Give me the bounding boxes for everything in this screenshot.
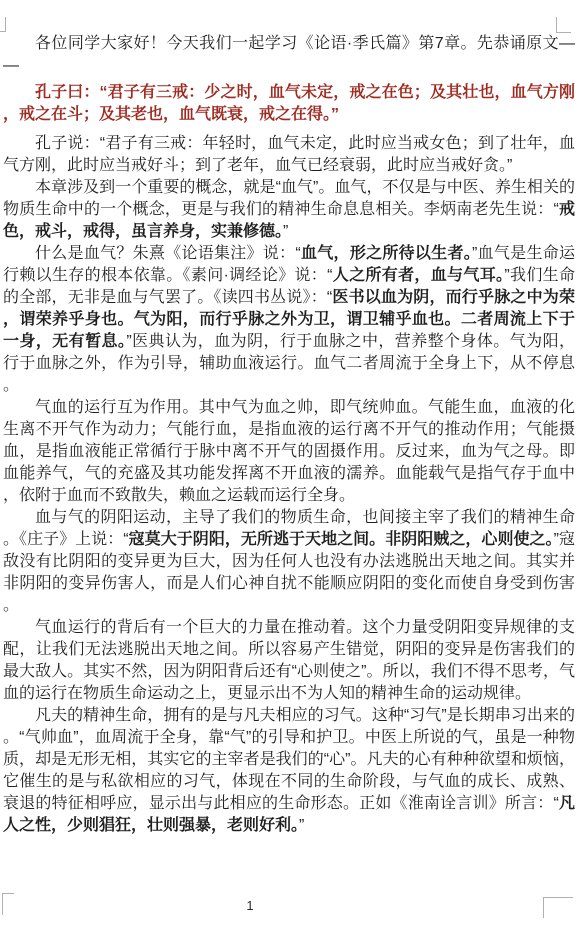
paragraph-hidden-force: 气血运行的背后有一个巨大的力量在推动着。这个力量受阴阳变异规律的支配，让我们无法…	[3, 617, 575, 705]
text-boundary-mark-top-right	[556, 17, 571, 33]
text-boundary-mark-top-left	[0, 17, 6, 32]
text-run: 什么是血气？朱熹《论语集注》说：“	[35, 245, 301, 262]
paragraph-concept-xueqi: 本章涉及到一个重要的概念，就是“血气”。血气，不仅是与中医、养生相关的物质生命中…	[3, 177, 575, 243]
page-number: 1	[0, 898, 500, 913]
text-run: 孔子说：“君子有三戒：年轻时，血气未定，此时应当戒女色；到了壮年，血气方刚，此时…	[3, 135, 575, 174]
text-boundary-mark-bottom-right	[543, 897, 573, 918]
text-run: ”	[283, 223, 288, 240]
quote-emphasis: 孔子曰：“君子有三戒：少之时，血气未定，戒之在色；及其壮也，血气方刚，戒之在斗；…	[3, 84, 575, 123]
paragraph-translation: 孔子说：“君子有三戒：年轻时，血气未定，此时应当戒女色；到了壮年，血气方刚，此时…	[3, 133, 575, 177]
paragraph-original-text: 孔子曰：“君子有三戒：少之时，血气未定，戒之在色；及其壮也，血气方刚，戒之在斗；…	[3, 82, 575, 126]
paragraph-what-is-xueqi: 什么是血气？朱熹《论语集注》说：“血气，形之所待以生者。”血气是生命运行赖以生存…	[3, 243, 575, 397]
quote-emphasis: 寇莫大于阴阳，无所逃于天地之间。非阴阳贼之，心则使之。	[129, 531, 554, 548]
quote-emphasis: 血气，形之所待以生者。	[301, 245, 472, 262]
paragraph-greeting: 各位同学大家好！今天我们一起学习《论语·季氏篇》第7章。先恭诵原文——	[3, 33, 575, 77]
document-body: 各位同学大家好！今天我们一起学习《论语·季氏篇》第7章。先恭诵原文——孔子曰：“…	[3, 33, 575, 837]
paragraph-qi-blood-interaction: 气血的运行互为作用。其中气为血之帅，即气统帅血。气能生血，血液的化生离不开气作为…	[3, 397, 575, 507]
document-page: 各位同学大家好！今天我们一起学习《论语·季氏篇》第7章。先恭诵原文——孔子曰：“…	[0, 0, 580, 925]
text-run: ”	[299, 817, 304, 834]
paragraph-ordinary-mind: 凡夫的精神生命，拥有的是与凡夫相应的习气。这种“习气”是长期串习出来的。“气帅血…	[3, 705, 575, 837]
text-run: 气血运行的背后有一个巨大的力量在推动着。这个力量受阴阳变异规律的支配，让我们无法…	[3, 619, 575, 702]
paragraph-yinyang-movement: 血与气的阴阳运动，主导了我们的物质生命，也间接主宰了我们的精神生命。《庄子》上说…	[3, 507, 575, 617]
text-run: 本章涉及到一个重要的概念，就是“血气”。血气，不仅是与中医、养生相关的物质生命中…	[3, 179, 575, 218]
quote-emphasis: 人之所有者，血与气耳。	[332, 267, 504, 284]
text-run: 凡夫的精神生命，拥有的是与凡夫相应的习气。这种“习气”是长期串习出来的。“气帅血…	[3, 707, 575, 812]
text-run: 各位同学大家好！今天我们一起学习《论语·季氏篇》第7章。先恭诵原文——	[3, 35, 575, 74]
text-run: 气血的运行互为作用。其中气为血之帅，即气统帅血。气能生血，血液的化生离不开气作为…	[3, 399, 575, 504]
